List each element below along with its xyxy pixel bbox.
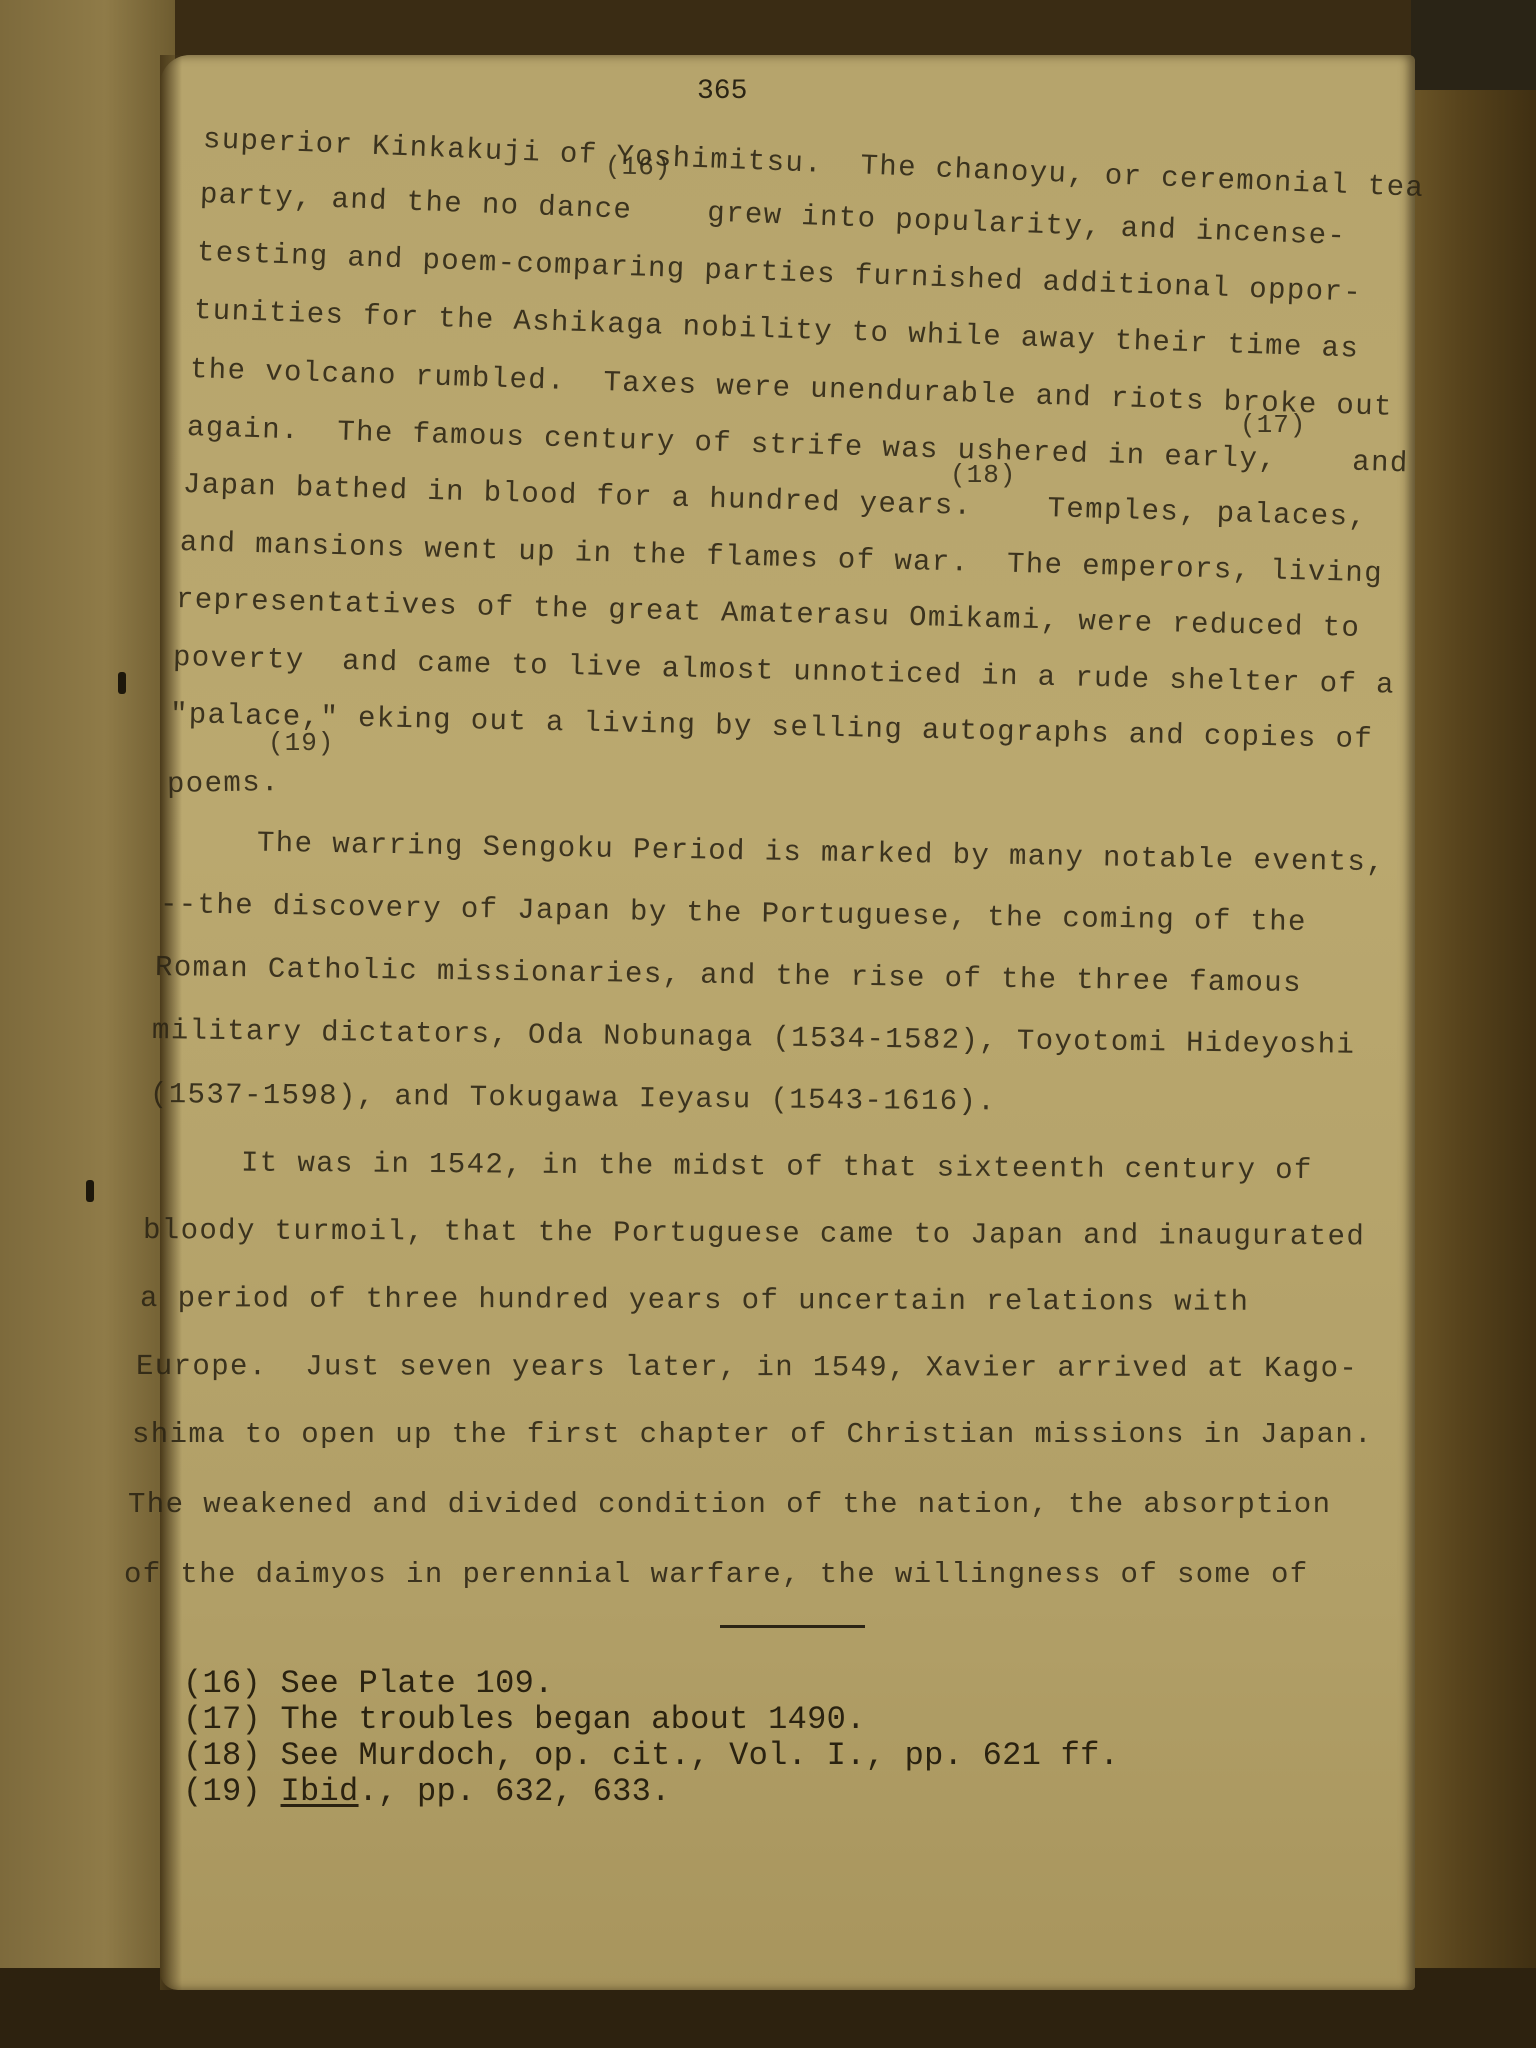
text-line: a period of three hundred years of uncer…	[140, 1284, 1249, 1317]
footnote-marker-16: (16)	[605, 151, 672, 182]
footnote-marker-18: (18)	[950, 460, 1016, 490]
facing-page-edge	[0, 0, 175, 2048]
background-corner	[1411, 0, 1536, 100]
text-line: It was in 1542, in the midst of that six…	[147, 1148, 1313, 1185]
binding-thread-mark	[118, 672, 126, 694]
text-line: (1537-1598), and Tokugawa Ieyasu (1543-1…	[150, 1080, 996, 1116]
text-line: poems.	[167, 768, 280, 799]
footnote-marker-17: (17)	[1240, 410, 1306, 440]
text-line: Europe. Just seven years later, in 1549,…	[136, 1352, 1358, 1383]
footnote-17: (17) The troubles began about 1490.	[183, 1704, 866, 1736]
binding-thread-mark	[86, 1180, 94, 1202]
footnote-16: (16) See Plate 109.	[183, 1668, 554, 1700]
text-line: of the daimyos in perennial warfare, the…	[124, 1560, 1309, 1589]
book-page-stack	[1411, 90, 1536, 2020]
footnote-marker-19: (19)	[268, 728, 334, 758]
page-number: 365	[697, 76, 747, 107]
footnote-separator	[720, 1625, 865, 1628]
text-line: bloody turmoil, that the Portuguese came…	[143, 1216, 1365, 1251]
footnote-19: (19) Ibid., pp. 632, 633.	[183, 1776, 671, 1808]
text-line: The weakened and divided condition of th…	[128, 1490, 1331, 1519]
text-line: shima to open up the first chapter of Ch…	[132, 1420, 1373, 1449]
footnote-18: (18) See Murdoch, op. cit., Vol. I., pp.…	[183, 1740, 1119, 1772]
